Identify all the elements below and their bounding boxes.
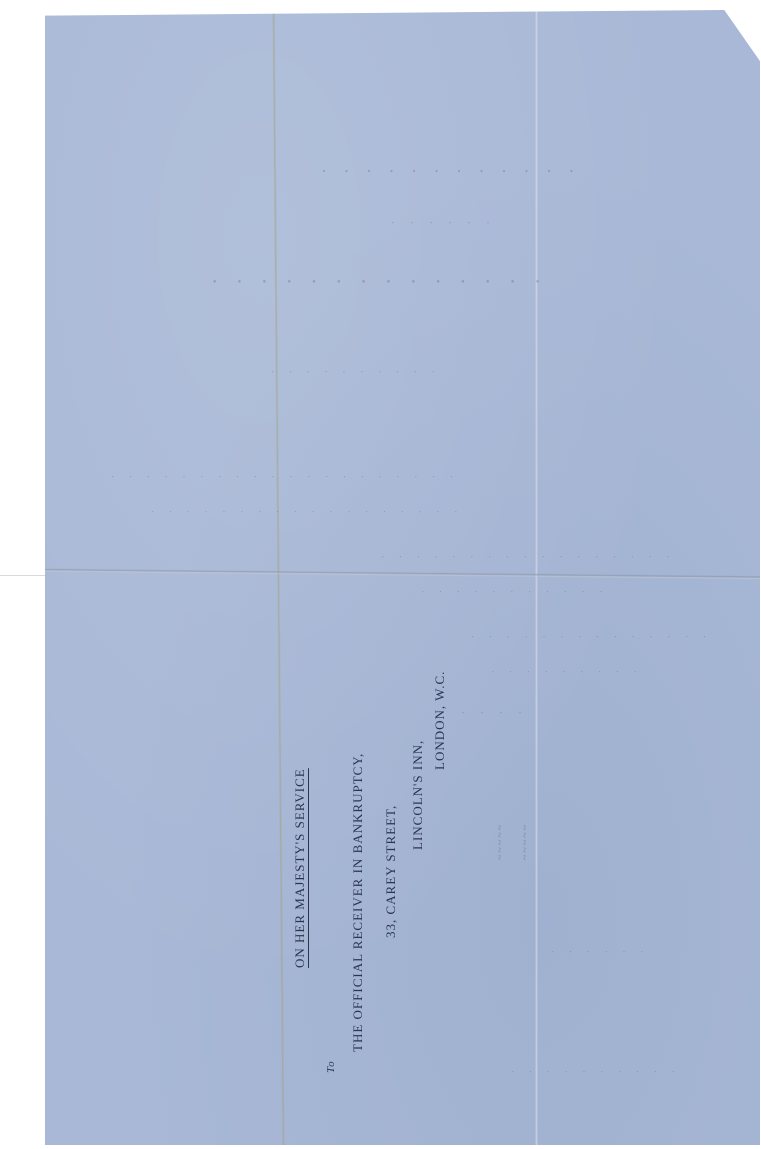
show-through-text: · · · · · · · · · · · · · · · · · · · · bbox=[105, 470, 453, 481]
show-through-text: · · · · · · · · · · · · · · · · · · bbox=[145, 505, 457, 516]
show-through-text: · · · · · · · · · · · · · · bbox=[465, 630, 706, 641]
show-through-text: · · · · · · · · · · bbox=[505, 1065, 675, 1076]
show-through-text: · · · · · · bbox=[545, 945, 643, 956]
show-through-text: · · · · · · · · · · · · · · · · · bbox=[375, 550, 670, 561]
vertical-fold-line bbox=[272, 10, 285, 1145]
horizontal-fold-line bbox=[45, 568, 760, 579]
show-through-text: · · · · · · · · · · bbox=[265, 365, 435, 376]
scan-edge-line bbox=[0, 575, 45, 576]
area-line: LINCOLN'S INN, bbox=[410, 740, 426, 850]
handwritten-mark: ~~~~~ bbox=[520, 823, 531, 860]
show-through-text: · · · · bbox=[455, 705, 522, 720]
show-through-text: · · · · · · · · · · · · bbox=[315, 160, 574, 181]
show-through-text: · · · · · · bbox=[385, 215, 490, 230]
show-through-text: · · · · · · · · · bbox=[485, 665, 637, 676]
document-sheet: · · · · · · · · · · · · · · · · · · · · … bbox=[45, 10, 760, 1145]
city-line: LONDON, W.C. bbox=[432, 671, 448, 770]
street-line: 33, CAREY STREET, bbox=[383, 805, 399, 938]
service-header: ON HER MAJESTY'S SERVICE bbox=[292, 768, 308, 968]
handwritten-mark: ~~~~~ bbox=[495, 823, 506, 860]
show-through-text: · · · · · · · · · · · · · · bbox=[205, 268, 541, 294]
show-through-text: · · · · · · · · · · · bbox=[415, 585, 603, 596]
salutation: To bbox=[325, 1060, 337, 1073]
recipient-line: THE OFFICIAL RECEIVER IN BANKRUPTCY, bbox=[350, 753, 366, 1052]
